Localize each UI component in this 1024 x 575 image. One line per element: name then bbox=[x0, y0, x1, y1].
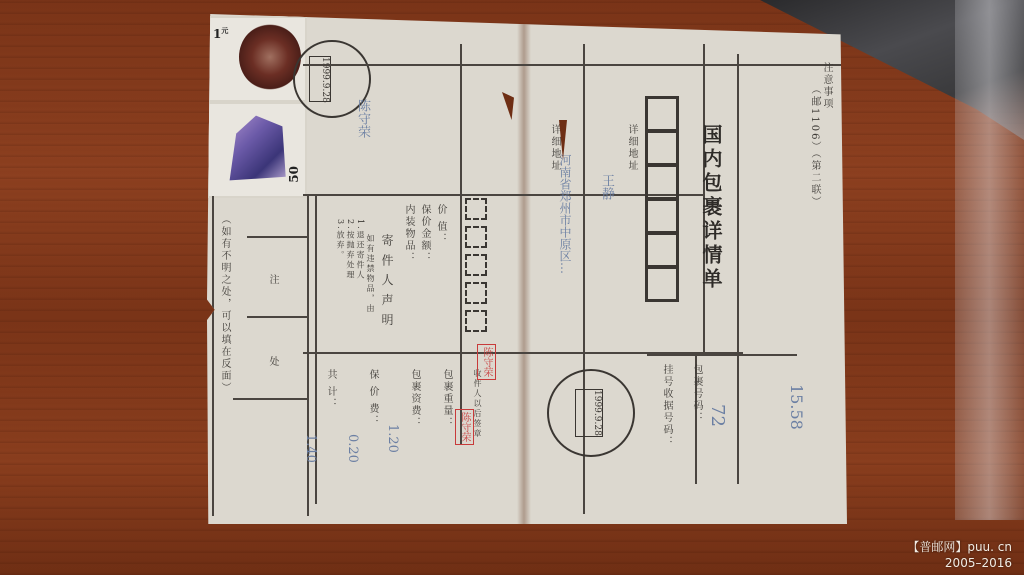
insurance-fee-label: 保 价 费： bbox=[365, 369, 380, 427]
left-strip-note: （如有不明之处，可以填在反面） bbox=[217, 214, 232, 394]
declaration-line: 2.按抛弃处理 bbox=[345, 219, 356, 281]
handwritten-recipient-name: 王静 bbox=[597, 174, 616, 200]
rule bbox=[303, 194, 703, 196]
insured-digit-box bbox=[465, 282, 487, 304]
rule bbox=[303, 64, 843, 66]
declaration-title: 寄 件 人 声 明 bbox=[379, 234, 396, 327]
notes-label: 注意事项 bbox=[819, 62, 834, 110]
remark-label: 处 bbox=[265, 356, 280, 368]
postage-label: 包裹资费： bbox=[407, 369, 422, 429]
address-label: 详细地址 bbox=[624, 124, 639, 172]
rule bbox=[247, 316, 307, 318]
insured-digit-box bbox=[465, 254, 487, 276]
postcode-box bbox=[645, 232, 679, 268]
stamp-denomination: 50 bbox=[287, 166, 301, 183]
postcode-box bbox=[645, 266, 679, 302]
red-name-chop: 陈守荣 bbox=[455, 409, 474, 445]
rule bbox=[307, 196, 309, 516]
watermark-line2: 2005–2016 bbox=[907, 555, 1012, 571]
rule bbox=[737, 54, 739, 484]
postcode-box bbox=[645, 198, 679, 234]
form-title: 国内包裹详情单 bbox=[697, 124, 726, 292]
weight-label: 包裹重量： bbox=[439, 369, 454, 429]
rule bbox=[247, 236, 307, 238]
receipt-number-label: 挂号收据号码： bbox=[659, 364, 674, 448]
stamp-denomination: 1元 bbox=[213, 26, 228, 41]
handwritten-parcel-number: 72 bbox=[707, 404, 728, 427]
parcel-form: 1元 50 1999.9.28 国内包裹详情单 （邮1106）（第二联） 注意事… bbox=[207, 14, 847, 524]
watermark-line1: 【普邮网】puu. cn bbox=[907, 539, 1012, 555]
postcode-box bbox=[645, 164, 679, 200]
parcel-number-label: 包裹号码： bbox=[689, 364, 704, 424]
site-watermark: 【普邮网】puu. cn 2005–2016 bbox=[907, 539, 1012, 571]
handwritten-sender-name: 陈守荣 bbox=[353, 99, 372, 138]
contents-label: 内装物品： bbox=[401, 204, 416, 264]
paper-tear bbox=[502, 92, 514, 120]
price-label: 价 值： bbox=[433, 204, 448, 245]
postcode-box bbox=[645, 130, 679, 166]
declaration-line: 1.退还寄件人 bbox=[355, 219, 366, 281]
stamp-50-fen: 50 bbox=[207, 102, 307, 198]
handwritten-marginal-note: 15.58 bbox=[787, 384, 806, 430]
rule bbox=[233, 398, 307, 400]
red-name-chop: 陈守荣 bbox=[477, 344, 496, 380]
paper-fold bbox=[517, 14, 531, 524]
postmark-date: 1999.9.28 bbox=[575, 389, 603, 437]
insured-digit-box bbox=[465, 198, 487, 220]
remark-label: 注 bbox=[265, 274, 280, 286]
handwritten-insurance: 0.20 bbox=[345, 434, 360, 463]
total-label: 共 计： bbox=[323, 369, 338, 410]
postcode-box bbox=[645, 96, 679, 132]
declaration-line: 3.放弃。 bbox=[335, 219, 346, 261]
declaration-line: 如有违禁物品，由 bbox=[365, 234, 376, 314]
rule bbox=[647, 354, 797, 356]
plastic-sleeve-edge bbox=[955, 0, 1024, 520]
rule bbox=[460, 44, 462, 444]
insured-digit-box bbox=[465, 310, 487, 332]
rule bbox=[212, 196, 214, 516]
handwritten-postage: 1.20 bbox=[385, 424, 400, 453]
handwritten-address: 河南省郑州市中原区… bbox=[557, 154, 574, 274]
stamp-1-yuan: 1元 bbox=[207, 16, 307, 102]
postmark-destination: 1999.9.28 bbox=[547, 369, 635, 457]
insured-digit-box bbox=[465, 226, 487, 248]
insured-label: 保价金额： bbox=[417, 204, 432, 264]
handwritten-total: 1.40 bbox=[303, 434, 318, 463]
postmark-date: 1999.9.28 bbox=[309, 56, 331, 102]
